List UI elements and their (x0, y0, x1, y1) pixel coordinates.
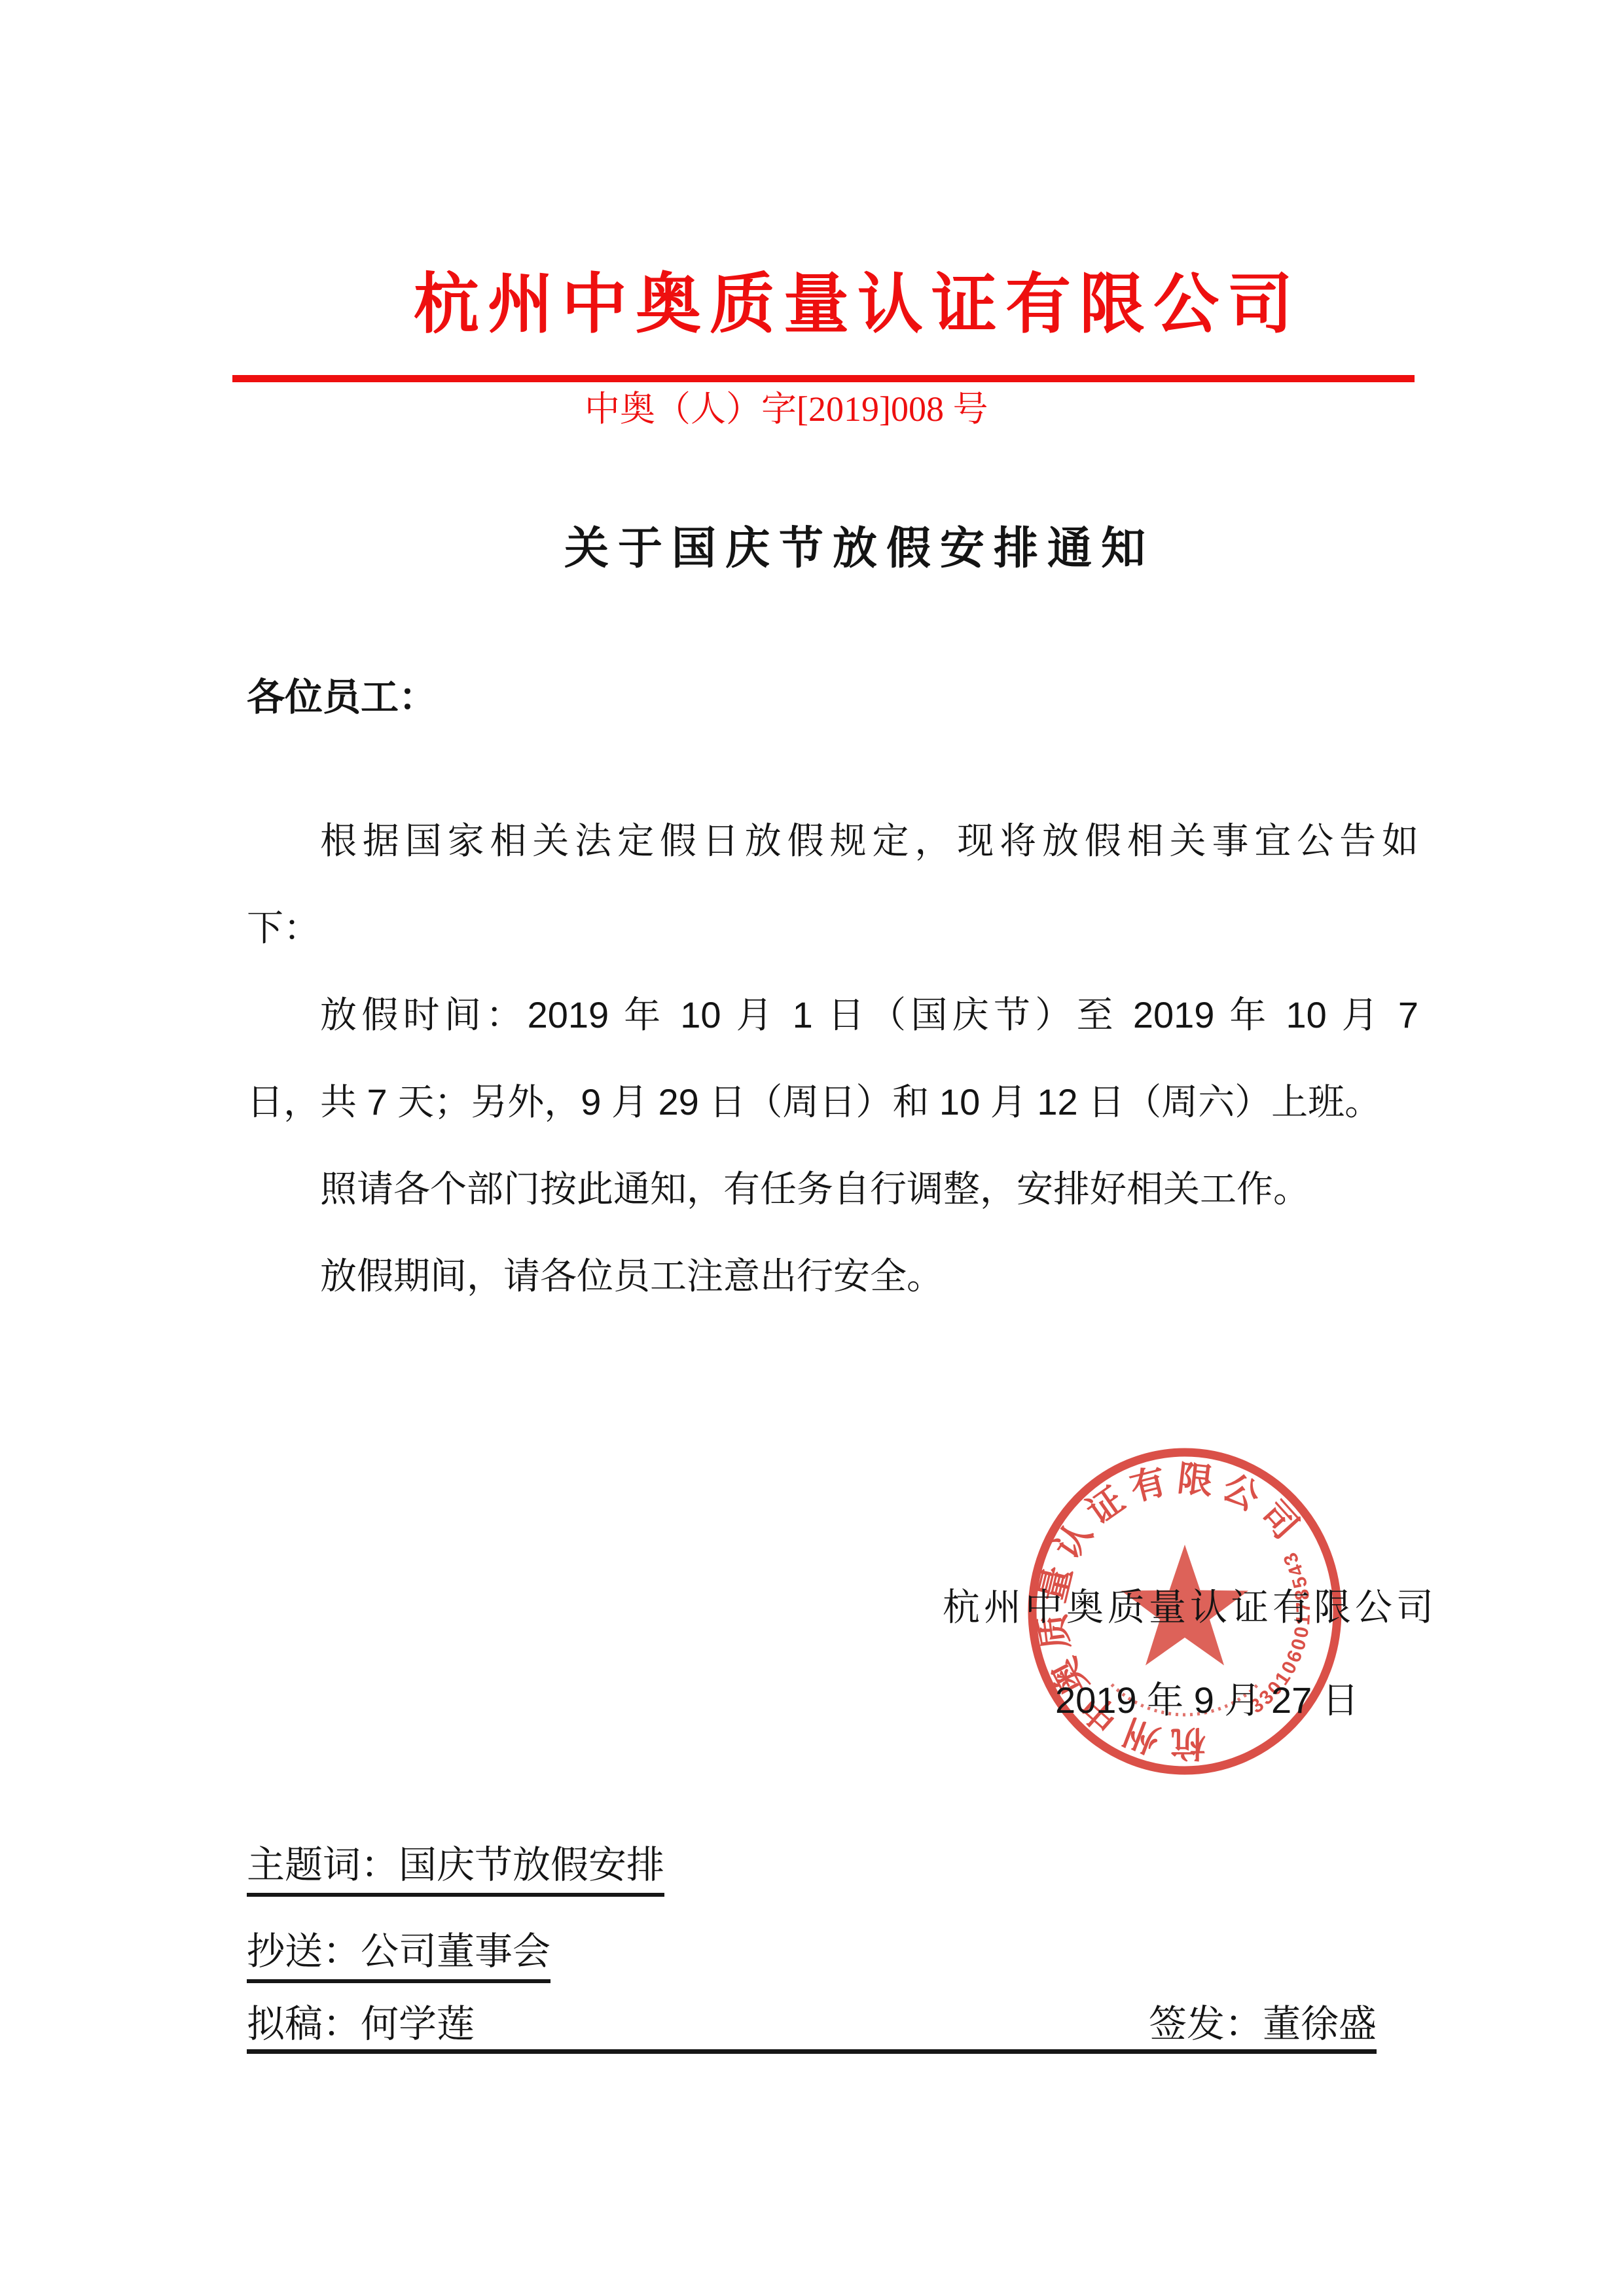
body-line: 下： (247, 905, 1418, 951)
red-divider-line (232, 375, 1415, 382)
footer-subject-row: 主题词：国庆节放假安排 (247, 1844, 664, 1897)
footer-cc-row: 抄送：公司董事会 (247, 1931, 550, 1983)
doc-reference-number: 中奥（人）字[2019]008 号 (585, 388, 988, 431)
company-masthead-title: 杭州中奥质量认证有限公司 (414, 267, 1301, 342)
cc-line: 抄送：公司董事会 (247, 1931, 550, 1983)
body-line: 日，共 7 天；另外，9 月 29 日（周日）和 10 月 12 日（周六）上班… (247, 1079, 1418, 1125)
drafter-name: 拟稿：何学莲 (247, 2003, 475, 2045)
salutation: 各位员工： (247, 676, 437, 720)
subject-keywords: 主题词：国庆节放假安排 (247, 1844, 664, 1897)
footer-drafter-issuer-row: 拟稿：何学莲 签发：董徐盛 (247, 2003, 1377, 2054)
signature-date: 2019 年 9 月 27 日 (1055, 1679, 1359, 1721)
body-line: 根据国家相关法定假日放假规定，现将放假相关事宜公告如 (247, 818, 1418, 864)
body-line: 照请各个部门按此通知，有任务自行调整，安排好相关工作。 (247, 1166, 1418, 1212)
issuer-name: 签发：董徐盛 (1149, 2003, 1377, 2045)
body-line: 放假时间：2019 年 10 月 1 日（国庆节）至 2019 年 10 月 7 (247, 992, 1418, 1038)
notice-title: 关于国庆节放假安排通知 (564, 523, 1155, 574)
document-page: 杭州中奥质量认证有限公司 中奥（人）字[2019]008 号 关于国庆节放假安排… (0, 0, 1624, 2296)
body-line: 放假期间，请各位员工注意出行安全。 (247, 1253, 1418, 1299)
signature-company-name: 杭州中奥质量认证有限公司 (943, 1587, 1437, 1630)
